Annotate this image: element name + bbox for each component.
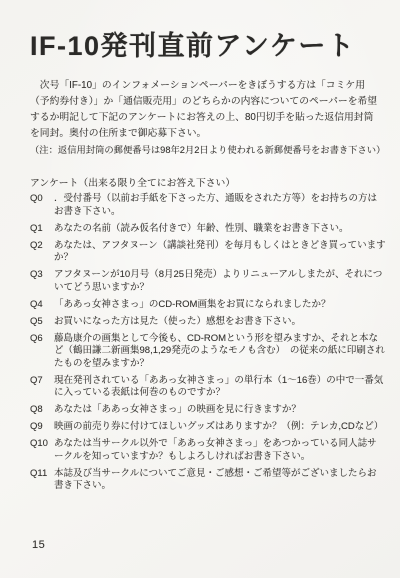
question-label: Q4 <box>30 299 54 312</box>
question-item-q0: Q0 ．受付番号（以前お手紙を下さった方、通販をされた方等）をお持ちの方はお書き… <box>30 193 386 218</box>
postal-code-note: （注：返信用封筒の郵便番号は98年2月2日より使われる新郵便番号をお書き下さい） <box>30 142 386 158</box>
question-text: あなたは「ああっ女神さまっ」の映画を見に行きますか？ <box>54 404 386 417</box>
question-item-q6: Q6 藤島康介の画集として今後も、CD-ROMという形を望みますか、それと本など… <box>30 333 386 371</box>
question-label: Q6 <box>30 333 54 346</box>
question-label: Q0 <box>30 193 54 206</box>
question-item-q4: Q4 「ああっ女神さまっ」のCD-ROM画集をお買になられましたか？ <box>30 299 386 312</box>
question-text: 藤島康介の画集として今後も、CD-ROMという形を望みますか、それと本など（鶴田… <box>54 333 386 371</box>
question-item-q5: Q5 お買いになった方は見た（使った）感想をお書き下さい。 <box>30 316 386 329</box>
question-label: Q8 <box>30 404 54 417</box>
question-text: 映画の前売り券に付けてほしいグッズはありますか？（例：テレカ,CDなど） <box>54 421 386 434</box>
question-item-q7: Q7 現在発刊されている「ああっ女神さまっ」の単行本（1～16巻）の中で一番気に… <box>30 375 386 400</box>
question-item-q8: Q8 あなたは「ああっ女神さまっ」の映画を見に行きますか？ <box>30 404 386 417</box>
question-text: お買いになった方は見た（使った）感想をお書き下さい。 <box>54 316 386 329</box>
question-label: Q9 <box>30 421 54 434</box>
question-label: Q1 <box>30 223 54 236</box>
question-item-q1: Q1 あなたの名前（読み仮名付きで）年齢、性別、職業をお書き下さい。 <box>30 223 386 236</box>
question-text: あなたの名前（読み仮名付きで）年齢、性別、職業をお書き下さい。 <box>54 223 386 236</box>
page-title: IF-10発刊直前アンケート <box>30 24 386 63</box>
scanned-survey-page: IF-10発刊直前アンケート 次号「IF-10」のインフォメーションペーパーをき… <box>0 0 400 578</box>
question-text: 現在発刊されている「ああっ女神さまっ」の単行本（1～16巻）の中で一番気に入って… <box>54 375 386 400</box>
question-label: Q2 <box>30 240 54 253</box>
survey-section-heading: アンケート（出来る限り全てにお答え下さい） <box>30 177 386 190</box>
question-label: Q11 <box>30 468 54 481</box>
question-text: アフタヌーンが10月号（8月25日発売）よりリニューアルしまたが、それについてど… <box>54 269 386 294</box>
question-item-q10: Q10 あなたは当サークル以外で「ああっ女神さまっ」をあつかっている同人誌サーク… <box>30 438 386 463</box>
question-text: ．受付番号（以前お手紙を下さった方、通販をされた方等）をお持ちの方はお書き下さい… <box>54 193 386 218</box>
page-number: 15 <box>32 539 45 551</box>
question-label: Q5 <box>30 316 54 329</box>
question-label: Q3 <box>30 269 54 282</box>
question-item-q2: Q2 あなたは、アフタヌーン（講談社発刊）を毎月もしくはときどき買っていますか？ <box>30 240 386 265</box>
question-text: 「ああっ女神さまっ」のCD-ROM画集をお買になられましたか？ <box>54 299 386 312</box>
question-text: 本誌及び当サークルについてご意見・ご感想・ご希望等がございましたらお書き下さい。 <box>54 468 386 493</box>
question-list: Q0 ．受付番号（以前お手紙を下さった方、通販をされた方等）をお持ちの方はお書き… <box>30 193 386 493</box>
question-item-q9: Q9 映画の前売り券に付けてほしいグッズはありますか？（例：テレカ,CDなど） <box>30 421 386 434</box>
intro-paragraph: 次号「IF-10」のインフォメーションペーパーをきぼうする方は「コミケ用（予約券… <box>30 78 382 142</box>
question-text: あなたは、アフタヌーン（講談社発刊）を毎月もしくはときどき買っていますか？ <box>54 240 386 265</box>
question-label: Q7 <box>30 375 54 388</box>
question-label: Q10 <box>30 438 54 451</box>
question-text: あなたは当サークル以外で「ああっ女神さまっ」をあつかっている同人誌サークルを知っ… <box>54 438 386 463</box>
question-item-q3: Q3 アフタヌーンが10月号（8月25日発売）よりリニューアルしまたが、それにつ… <box>30 269 386 294</box>
question-item-q11: Q11 本誌及び当サークルについてご意見・ご感想・ご希望等がございましたらお書き… <box>30 468 386 493</box>
